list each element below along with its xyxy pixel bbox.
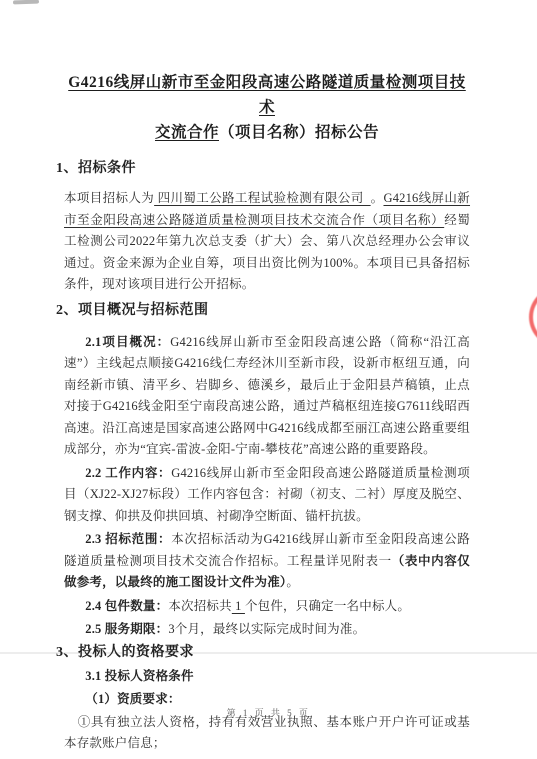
section3-heading: 3、投标人的资格要求 — [56, 642, 470, 664]
page-number-text: 第 1 页 共 5 页 — [227, 708, 311, 718]
section1-heading: 1、招标条件 — [56, 158, 470, 180]
item-2-4-text-after: 个包件，只确定一名中标人。 — [245, 599, 410, 613]
item-2-5-text: 3个月，最终以实际完成时间为准。 — [168, 622, 365, 636]
scan-smudge-artifact — [13, 0, 39, 4]
item-2-5: 2.5 服务期限：3个月，最终以实际完成时间为准。 — [64, 619, 470, 641]
section1-paragraph: 本项目招标人为 四川蜀工公路工程试验检测有限公司 。G4216线屏山新市至金阳段… — [64, 188, 470, 296]
item-2-4-label: 2.4 包件数量： — [85, 599, 168, 613]
document-body: G4216线屏山新市至金阳段高速公路隧道质量检测项目技术 交流合作（项目名称）招… — [64, 0, 470, 755]
item-2-4-text-before: 本次招标共 — [168, 599, 232, 613]
item-2-1-text: G4216线屏山新市至金阳段高速公路（简称“沿江高速”）主线起点顺接G4216线… — [64, 335, 470, 457]
item-2-1-label: 2.1项目概况： — [85, 335, 170, 349]
page-footer: 第 1 页 共 5 页 — [0, 706, 537, 719]
title-line2-underlined: 交流合作 — [155, 124, 219, 141]
item-2-2-label: 2.2 工作内容： — [85, 466, 171, 480]
item-2-3: 2.3 招标范围：本次招标活动为G4216线屏山新市至金阳段高速公路隧道质量检测… — [64, 529, 470, 594]
title-line-2: 交流合作（项目名称）招标公告 — [64, 120, 470, 145]
bidder-name: 四川蜀工公路工程试验检测有限公司 — [154, 191, 370, 205]
document-page: G4216线屏山新市至金阳段高速公路隧道质量检测项目技术 交流合作（项目名称）招… — [0, 0, 537, 759]
paragraph-sep: 。 — [371, 191, 384, 205]
section2-heading: 2、项目概况与招标范围 — [56, 300, 470, 322]
item-2-5-label: 2.5 服务期限： — [85, 622, 168, 636]
item-2-3-end: 。 — [286, 575, 299, 589]
title-line-1: G4216线屏山新市至金阳段高速公路隧道质量检测项目技术 — [64, 70, 470, 120]
sub-3-1-heading: 3.1 投标人资格条件 — [64, 666, 470, 688]
item-2-3-label: 2.3 招标范围： — [85, 532, 171, 546]
title-line1-text: G4216线屏山新市至金阳段高速公路隧道质量检测项目技术 — [68, 74, 466, 116]
document-title: G4216线屏山新市至金阳段高速公路隧道质量检测项目技术 交流合作（项目名称）招… — [64, 70, 470, 145]
paragraph-lead: 本项目招标人为 — [64, 191, 154, 205]
item-2-4: 2.4 包件数量：本次招标共 1 个包件，只确定一名中标人。 — [64, 596, 470, 618]
title-line2-rest: （项目名称）招标公告 — [219, 124, 379, 141]
package-count: 1 — [232, 599, 245, 613]
red-stamp-arc — [529, 285, 537, 349]
item-2-1: 2.1项目概况：G4216线屏山新市至金阳段高速公路（简称“沿江高速”）主线起点… — [64, 332, 470, 461]
item-2-2: 2.2 工作内容：G4216线屏山新市至金阳段高速公路隧道质量检测项目（XJ22… — [64, 463, 470, 528]
